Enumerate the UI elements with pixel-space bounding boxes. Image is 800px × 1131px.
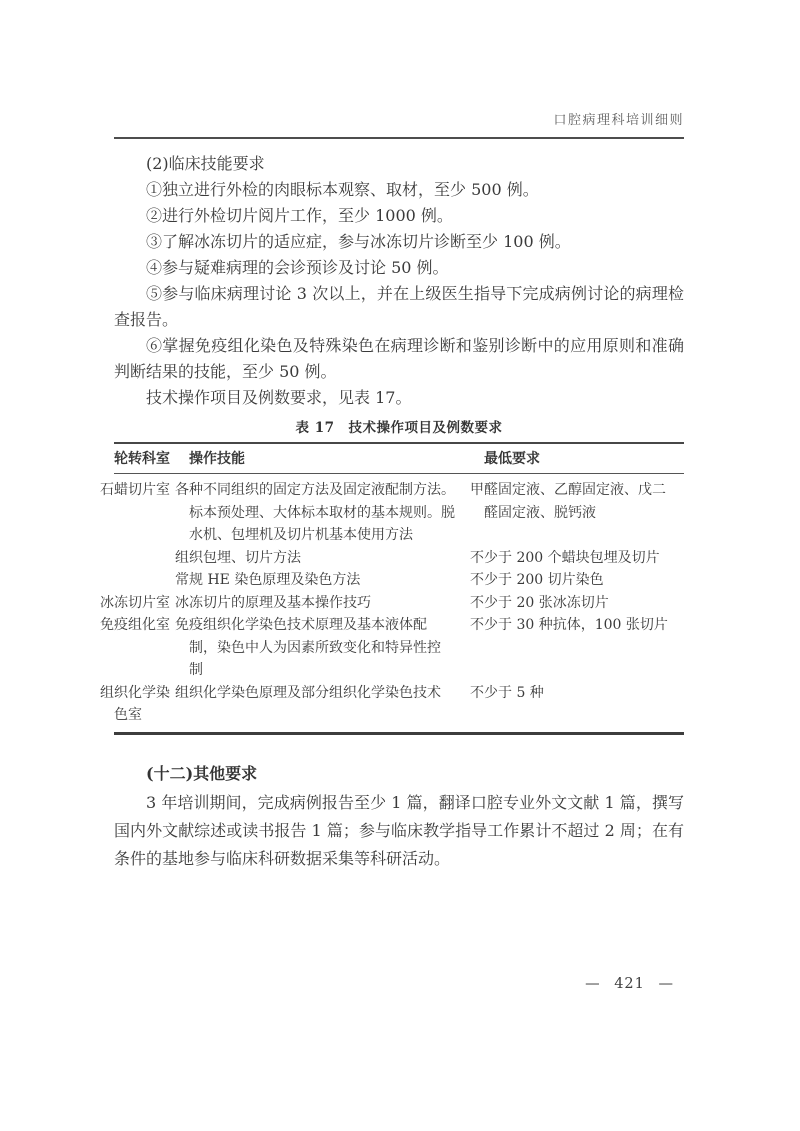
paragraph: (2)临床技能要求 [114, 151, 684, 177]
cell-requirement: 甲醛固定液、乙醇固定液、戊二 醛固定液、脱钙液 [484, 474, 684, 547]
cell-skill: 免疫组织化学染色技术原理及基本液体配 制，染色中人为因素所致变化和特异性控 制 [189, 614, 484, 682]
paragraph: ⑥掌握免疫组化染色及特殊染色在病理诊断和鉴别诊断中的应用原则和准确判断结果的技能… [114, 333, 684, 385]
cell-requirement: 不少于 20 张冰冻切片 [484, 592, 684, 615]
section-heading: (十二)其他要求 [114, 761, 684, 787]
cell-skill: 冰冻切片的原理及基本操作技巧 [189, 592, 484, 615]
column-header-skill: 操作技能 [189, 443, 484, 474]
cell-requirement: 不少于 30 种抗体，100 张切片 [484, 614, 684, 682]
paragraph: ②进行外检切片阅片工作，至少 1000 例。 [114, 203, 684, 229]
cell-requirement: 不少于 200 个蜡块包埋及切片 [484, 547, 684, 570]
table-caption: 表 17 技术操作项目及例数要求 [114, 420, 684, 437]
paragraph: 技术操作项目及例数要求，见表 17。 [114, 385, 684, 411]
running-header: 口腔病理科培训细则 [114, 112, 684, 139]
table-row: 组织包埋、切片方法 不少于 200 个蜡块包埋及切片 [114, 547, 684, 570]
page-content: 口腔病理科培训细则 (2)临床技能要求 ①独立进行外检的肉眼标本观察、取材，至少… [114, 112, 684, 873]
paragraph: ④参与疑难病理的会诊预诊及讨论 50 例。 [114, 255, 684, 281]
paragraph: ①独立进行外检的肉眼标本观察、取材，至少 500 例。 [114, 177, 684, 203]
other-requirements-section: (十二)其他要求 3 年培训期间，完成病例报告至少 1 篇，翻译口腔专业外文文献… [114, 761, 684, 873]
column-header-requirement: 最低要求 [484, 443, 684, 474]
body-text: (2)临床技能要求 ①独立进行外检的肉眼标本观察、取材，至少 500 例。 ②进… [114, 151, 684, 411]
page-number: — 421 — [585, 976, 674, 992]
section-paragraph: 3 年培训期间，完成病例报告至少 1 篇，翻译口腔专业外文文献 1 篇，撰写国内… [114, 789, 684, 873]
cell-skill: 常规 HE 染色原理及染色方法 [189, 569, 484, 592]
cell-skill: 组织化学染色原理及部分组织化学染色技术 [189, 682, 484, 734]
operations-table: 轮转科室 操作技能 最低要求 石蜡切片室 各种不同组织的固定方法及固定液配制方法… [114, 442, 684, 735]
cell-requirement: 不少于 200 切片染色 [484, 569, 684, 592]
table-row: 免疫组化室 免疫组织化学染色技术原理及基本液体配 制，染色中人为因素所致变化和特… [114, 614, 684, 682]
cell-skill: 各种不同组织的固定方法及固定液配制方法。 标本预处理、大体标本取材的基本规则。脱… [189, 474, 484, 547]
paragraph: ③了解冰冻切片的适应症，参与冰冻切片诊断至少 100 例。 [114, 229, 684, 255]
document-page: 口腔病理科培训细则 (2)临床技能要求 ①独立进行外检的肉眼标本观察、取材，至少… [0, 0, 800, 1131]
table-row: 组织化学染 色室 组织化学染色原理及部分组织化学染色技术 不少于 5 种 [114, 682, 684, 734]
table-row: 冰冻切片室 冰冻切片的原理及基本操作技巧 不少于 20 张冰冻切片 [114, 592, 684, 615]
table-row: 石蜡切片室 各种不同组织的固定方法及固定液配制方法。 标本预处理、大体标本取材的… [114, 474, 684, 547]
cell-requirement: 不少于 5 种 [484, 682, 684, 734]
column-header-dept: 轮转科室 [114, 443, 189, 474]
table-row: 常规 HE 染色原理及染色方法 不少于 200 切片染色 [114, 569, 684, 592]
paragraph: ⑤参与临床病理讨论 3 次以上，并在上级医生指导下完成病例讨论的病理检查报告。 [114, 281, 684, 333]
table-header-row: 轮转科室 操作技能 最低要求 [114, 443, 684, 474]
cell-skill: 组织包埋、切片方法 [189, 547, 484, 570]
